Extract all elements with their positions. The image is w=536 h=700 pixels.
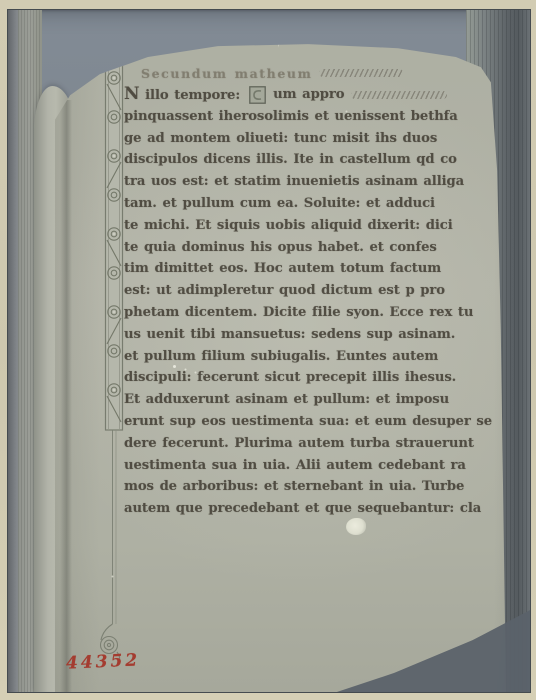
text-line: us uenit tibi mansuetus: sedens sup asin…	[124, 324, 470, 346]
text-line: et pullum filium subiugalis. Euntes aute…	[124, 346, 470, 368]
text-line: uestimenta sua in uia. Alii autem cedeba…	[124, 455, 470, 477]
manuscript-page: Secundum matheum N illo tempore: um appr…	[8, 10, 530, 692]
text-line: Et adduxerunt asinam et pullum: et impos…	[124, 389, 470, 411]
text-line: mos de arboribus: et sternebant in uia. …	[124, 476, 470, 498]
incipit-opening: N illo tempore:	[124, 84, 240, 107]
text-line: pinquassent iherosolimis et uenissent be…	[124, 106, 470, 128]
text-line: phetam dicentem. Dicite filie syon. Ecce…	[124, 302, 470, 324]
inventory-number: 44352	[66, 650, 141, 673]
text-line: tra uos est: et statim inuenietis asinam…	[124, 171, 470, 193]
text-line: dere fecerunt. Plurima autem turba strau…	[124, 433, 470, 455]
photograph-of-manuscript: Secundum matheum N illo tempore: um appr…	[7, 9, 531, 693]
white-spot	[346, 518, 366, 535]
gutter-shadow	[60, 100, 72, 692]
photo-print: Secundum matheum N illo tempore: um appr…	[0, 0, 536, 700]
text-line: discipuli: fecerunt sicut precepit illis…	[124, 367, 470, 389]
text-line: est: ut adimpleretur quod dictum est p p…	[124, 280, 470, 302]
decorated-initial-C-icon	[249, 86, 266, 104]
chain-hatch-filler-icon	[351, 91, 447, 99]
text-line: tam. et pullum cum ea. Soluite: et adduc…	[124, 193, 470, 215]
text-line: autem que precedebant et que sequebantur…	[124, 498, 470, 520]
text-line: te michi. Et siquis uobis aliquid dixeri…	[124, 215, 470, 237]
rubric-text: Secundum matheum	[141, 66, 312, 81]
text-line: erunt sup eos uestimenta sua: et eum des…	[124, 411, 470, 433]
text-line: te quia dominus his opus habet. et confe…	[124, 237, 470, 259]
incipit-line: N illo tempore: um appro	[124, 84, 470, 106]
rubric-line: Secundum matheum	[141, 62, 470, 84]
crescent-mark	[276, 38, 292, 53]
dust-specks	[173, 365, 176, 368]
text-line: tim dimittet eos. Hoc autem totum factum	[124, 258, 470, 280]
incipit-continuation: um appro	[273, 84, 344, 106]
text-block: Secundum matheum N illo tempore: um appr…	[124, 62, 470, 520]
text-line: ge ad montem oliueti: tunc misit ihs duo…	[124, 128, 470, 150]
text-line: discipulos dicens illis. Ite in castellu…	[124, 149, 470, 171]
chain-hatch-filler-icon	[319, 69, 403, 77]
